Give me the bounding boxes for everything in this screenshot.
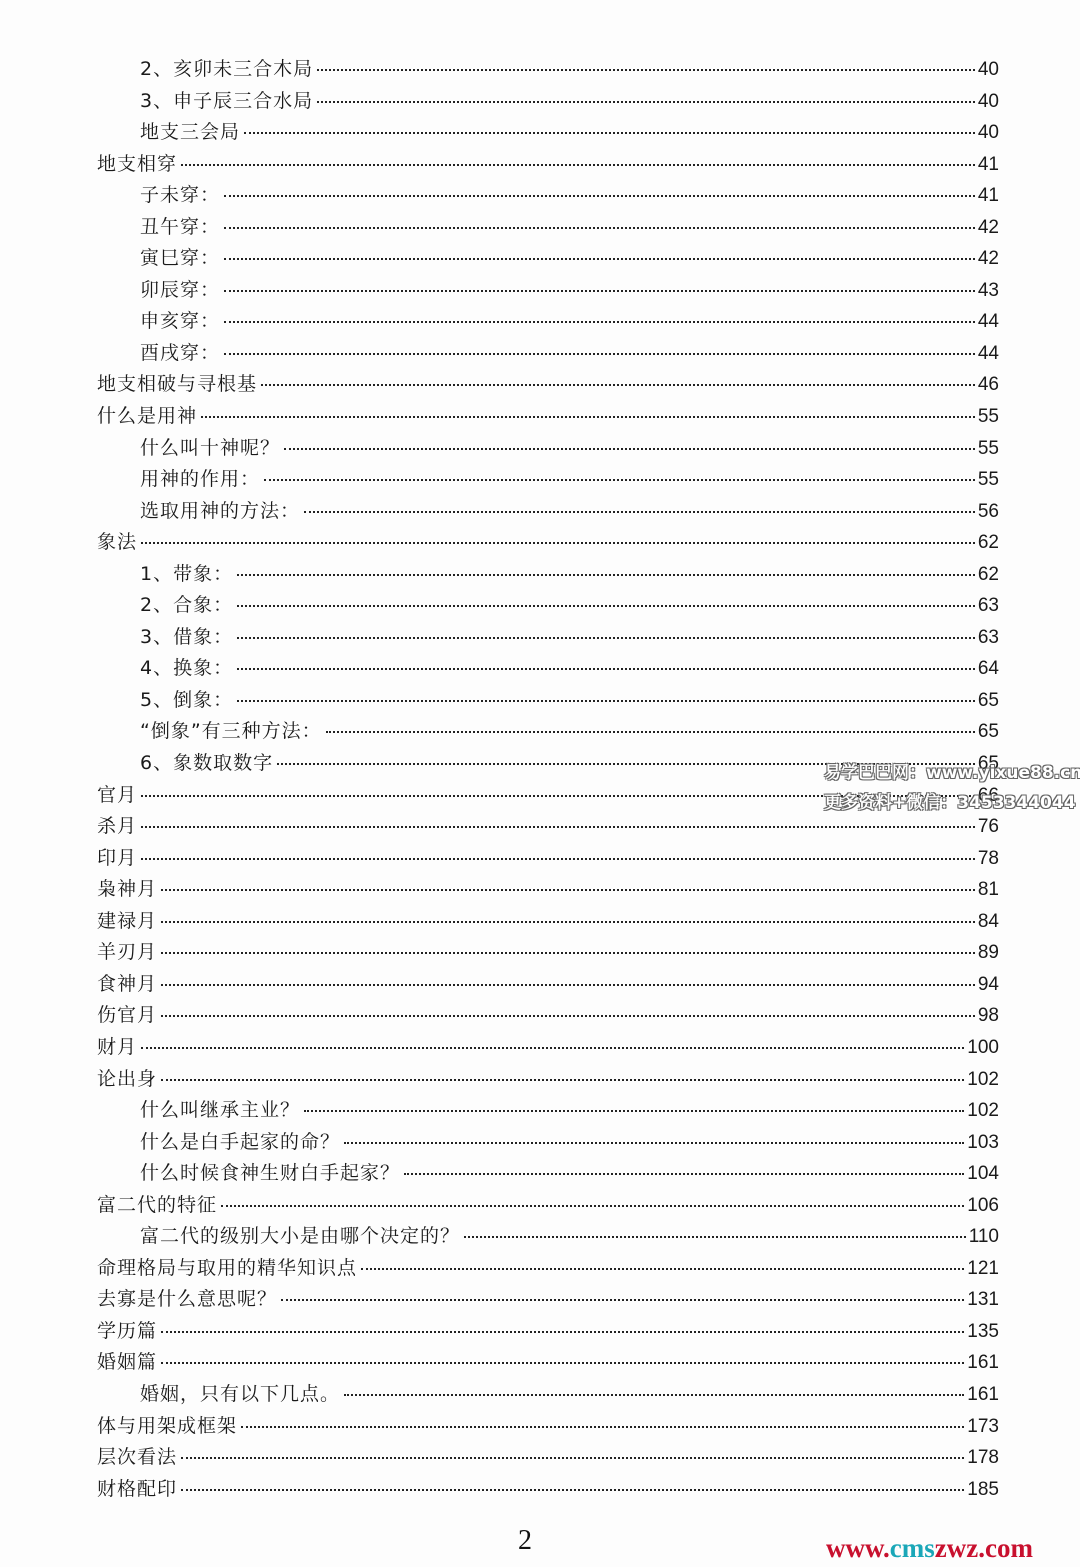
toc-entry-title: 体与用架成框架 <box>97 1411 237 1443</box>
toc-entry[interactable]: 什么是用神55 <box>97 401 999 433</box>
dot-leader <box>281 1298 964 1301</box>
toc-entry-title: 伤官月 <box>97 1000 157 1032</box>
toc-entry-page: 78 <box>978 843 999 875</box>
toc-entry-title: 子未穿： <box>140 180 220 212</box>
toc-entry[interactable]: 命理格局与取用的精华知识点121 <box>97 1253 999 1285</box>
dot-leader <box>181 1456 964 1459</box>
toc-entry-title: 什么叫继承主业？ <box>140 1095 300 1127</box>
toc-entry-page: 65 <box>978 685 999 717</box>
toc-entry[interactable]: “倒象”有三种方法：65 <box>97 716 999 748</box>
toc-entry-page: 43 <box>978 275 999 307</box>
toc-entry-title: 什么是用神 <box>97 401 197 433</box>
dot-leader <box>161 1078 964 1081</box>
toc-entry-title: 卯辰穿： <box>140 275 220 307</box>
toc-entry-page: 42 <box>978 243 999 275</box>
toc-entry-page: 102 <box>967 1064 999 1096</box>
toc-entry-page: 64 <box>978 653 999 685</box>
toc-entry-page: 63 <box>978 622 999 654</box>
toc-entry[interactable]: 3、借象：63 <box>97 622 999 654</box>
dot-leader <box>181 163 975 166</box>
toc-entry-title: 论出身 <box>97 1064 157 1096</box>
toc-entry-title: 1、带象： <box>140 559 233 591</box>
toc-entry-title: 5、倒象： <box>140 685 233 717</box>
toc-entry[interactable]: 4、换象：64 <box>97 653 999 685</box>
toc-entry-page: 41 <box>978 149 999 181</box>
toc-entry[interactable]: 什么叫十神呢？55 <box>97 433 999 465</box>
dot-leader <box>141 825 975 828</box>
toc-entry[interactable]: 选取用神的方法：56 <box>97 496 999 528</box>
toc-entry-title: 象法 <box>97 527 137 559</box>
toc-entry[interactable]: 5、倒象：65 <box>97 685 999 717</box>
dot-leader <box>161 951 975 954</box>
toc-entry-title: 财月 <box>97 1032 137 1064</box>
toc-entry-title: 富二代的特征 <box>97 1190 217 1222</box>
dot-leader <box>284 447 975 450</box>
toc-entry-page: 55 <box>978 401 999 433</box>
toc-entry[interactable]: 地支相破与寻根基46 <box>97 369 999 401</box>
dot-leader <box>141 541 975 544</box>
toc-entry-title: 3、申子辰三合水局 <box>140 86 313 118</box>
toc-entry-page: 46 <box>978 369 999 401</box>
toc-entry-page: 55 <box>978 464 999 496</box>
toc-entry[interactable]: 建禄月84 <box>97 906 999 938</box>
footer-watermark-prefix: www. <box>826 1533 890 1563</box>
toc-entry-title: 财格配印 <box>97 1474 177 1506</box>
toc-entry[interactable]: 食神月94 <box>97 969 999 1001</box>
toc-entry[interactable]: 2、合象：63 <box>97 590 999 622</box>
toc-entry-title: 地支相穿 <box>97 149 177 181</box>
toc-entry-page: 161 <box>967 1379 999 1411</box>
dot-leader <box>224 320 975 323</box>
dot-leader <box>344 1393 964 1396</box>
toc-entry-title: 6、象数取数字 <box>140 748 273 780</box>
toc-entry-title: 命理格局与取用的精华知识点 <box>97 1253 357 1285</box>
dot-leader <box>161 888 975 891</box>
toc-entry-page: 56 <box>978 496 999 528</box>
dot-leader <box>221 1204 964 1207</box>
toc-entry-page: 131 <box>967 1284 999 1316</box>
toc-entry-title: 富二代的级别大小是由哪个决定的？ <box>140 1221 460 1253</box>
dot-leader <box>317 68 975 71</box>
toc-entry-title: 去寡是什么意思呢？ <box>97 1284 277 1316</box>
toc-entry[interactable]: 什么是白手起家的命？103 <box>97 1127 999 1159</box>
dot-leader <box>344 1141 964 1144</box>
toc-entry-page: 89 <box>978 937 999 969</box>
dot-leader <box>237 667 975 670</box>
toc-entry[interactable]: 婚姻，只有以下几点。161 <box>97 1379 999 1411</box>
dot-leader <box>224 289 975 292</box>
toc-entry-page: 40 <box>978 54 999 86</box>
watermark-line-2: 更多资料+微信：3453344044 <box>824 788 1080 818</box>
toc-entry[interactable]: 去寡是什么意思呢？131 <box>97 1284 999 1316</box>
toc-entry-title: 4、换象： <box>140 653 233 685</box>
toc-entry-title: 酉戌穿： <box>140 338 220 370</box>
toc-entry[interactable]: 羊刃月89 <box>97 937 999 969</box>
toc-entry-page: 135 <box>967 1316 999 1348</box>
dot-leader <box>161 1361 964 1364</box>
dot-leader <box>261 383 975 386</box>
toc-entry-title: 地支三会局 <box>140 117 240 149</box>
toc-entry[interactable]: 子未穿：41 <box>97 180 999 212</box>
toc-entry-title: 杀月 <box>97 811 137 843</box>
dot-leader <box>361 1267 964 1270</box>
toc-entry-page: 103 <box>967 1127 999 1159</box>
toc-entry-title: 地支相破与寻根基 <box>97 369 257 401</box>
toc-entry-page: 161 <box>967 1347 999 1379</box>
toc-entry-title: 什么时候食神生财白手起家？ <box>140 1158 400 1190</box>
watermark-line-1: 易学巴巴网：www.yixue88.cn <box>824 758 1080 788</box>
page-number: 2 <box>518 1525 532 1557</box>
toc-entry-title: 食神月 <box>97 969 157 1001</box>
toc-entry-title: 羊刃月 <box>97 937 157 969</box>
toc-entry-page: 110 <box>969 1221 999 1253</box>
toc-entry-title: 2、亥卯未三合木局 <box>140 54 313 86</box>
toc-entry[interactable]: 象法62 <box>97 527 999 559</box>
dot-leader <box>161 1014 975 1017</box>
toc-entry[interactable]: 婚姻篇161 <box>97 1347 999 1379</box>
dot-leader <box>326 730 975 733</box>
toc-entry-page: 55 <box>978 433 999 465</box>
toc-entry-title: 建禄月 <box>97 906 157 938</box>
toc-entry-page: 44 <box>978 306 999 338</box>
toc-entry-page: 102 <box>967 1095 999 1127</box>
toc-entry-title: 选取用神的方法： <box>140 496 300 528</box>
dot-leader <box>237 699 975 702</box>
dot-leader <box>464 1235 966 1238</box>
dot-leader <box>304 1109 964 1112</box>
toc-entry-page: 178 <box>967 1442 999 1474</box>
toc-entry[interactable]: 财格配印185 <box>97 1474 999 1506</box>
toc-entry-title: 申亥穿： <box>140 306 220 338</box>
toc-entry-page: 173 <box>967 1411 999 1443</box>
dot-leader <box>244 131 975 134</box>
dot-leader <box>264 478 975 481</box>
toc-entry[interactable]: 地支相穿41 <box>97 149 999 181</box>
toc-entry[interactable]: 富二代的级别大小是由哪个决定的？110 <box>97 1221 999 1253</box>
toc-entry[interactable]: 2、亥卯未三合木局40 <box>97 54 999 86</box>
toc-entry-page: 62 <box>978 527 999 559</box>
toc-entry-page: 63 <box>978 590 999 622</box>
toc-entry-page: 94 <box>978 969 999 1001</box>
toc-entry-page: 98 <box>978 1000 999 1032</box>
dot-leader <box>317 100 975 103</box>
toc-entry-title: 婚姻，只有以下几点。 <box>140 1379 340 1411</box>
toc-entry-page: 185 <box>967 1474 999 1506</box>
dot-leader <box>224 352 975 355</box>
toc-entry-page: 65 <box>978 716 999 748</box>
toc-entry-page: 84 <box>978 906 999 938</box>
toc-entry[interactable]: 论出身102 <box>97 1064 999 1096</box>
toc-entry-page: 40 <box>978 117 999 149</box>
dot-leader <box>404 1172 964 1175</box>
toc-entry-title: 枭神月 <box>97 874 157 906</box>
toc-entry-title: 2、合象： <box>140 590 233 622</box>
toc-entry[interactable]: 伤官月98 <box>97 1000 999 1032</box>
toc-entry-title: “倒象”有三种方法： <box>140 716 322 748</box>
toc-entry-title: 学历篇 <box>97 1316 157 1348</box>
toc-entry-page: 100 <box>967 1032 999 1064</box>
toc-entry[interactable]: 用神的作用：55 <box>97 464 999 496</box>
toc-entry[interactable]: 学历篇135 <box>97 1316 999 1348</box>
toc-entry-title: 官月 <box>97 780 137 812</box>
dot-leader <box>141 857 975 860</box>
toc-entry[interactable]: 3、申子辰三合水局40 <box>97 86 999 118</box>
toc-entry-page: 41 <box>978 180 999 212</box>
toc-entry-title: 什么叫十神呢？ <box>140 433 280 465</box>
toc-entry-page: 44 <box>978 338 999 370</box>
site-watermark: 易学巴巴网：www.yixue88.cn 更多资料+微信：3453344044 <box>824 758 1080 818</box>
dot-leader <box>237 573 975 576</box>
dot-leader <box>224 226 975 229</box>
toc-entry[interactable]: 体与用架成框架173 <box>97 1411 999 1443</box>
toc-entry-page: 106 <box>967 1190 999 1222</box>
toc-entry[interactable]: 申亥穿：44 <box>97 306 999 338</box>
footer-watermark-suffix: zwz.com <box>935 1533 1033 1563</box>
toc-entry-page: 121 <box>967 1253 999 1285</box>
toc-entry-title: 婚姻篇 <box>97 1347 157 1379</box>
toc-entry-page: 62 <box>978 559 999 591</box>
toc-entry[interactable]: 地支三会局40 <box>97 117 999 149</box>
toc-entry[interactable]: 印月78 <box>97 843 999 875</box>
toc-entry[interactable]: 财月100 <box>97 1032 999 1064</box>
footer-watermark-middle: cms <box>890 1533 935 1563</box>
toc-entry[interactable]: 什么叫继承主业？102 <box>97 1095 999 1127</box>
dot-leader <box>161 983 975 986</box>
toc-entry-title: 印月 <box>97 843 137 875</box>
dot-leader <box>181 1488 964 1491</box>
toc-entry[interactable]: 寅巳穿：42 <box>97 243 999 275</box>
toc-entry-title: 用神的作用： <box>140 464 260 496</box>
toc-entry-page: 81 <box>978 874 999 906</box>
toc-entry-page: 42 <box>978 212 999 244</box>
dot-leader <box>224 194 975 197</box>
dot-leader <box>141 1046 964 1049</box>
dot-leader <box>161 920 975 923</box>
toc-entry[interactable]: 层次看法178 <box>97 1442 999 1474</box>
toc-entry-title: 层次看法 <box>97 1442 177 1474</box>
toc-entry-title: 什么是白手起家的命？ <box>140 1127 340 1159</box>
footer-watermark: www.cmszwz.com <box>826 1533 1033 1564</box>
dot-leader <box>161 1330 964 1333</box>
dot-leader <box>201 415 975 418</box>
toc-entry[interactable]: 卯辰穿：43 <box>97 275 999 307</box>
toc-entry-title: 寅巳穿： <box>140 243 220 275</box>
dot-leader <box>237 604 975 607</box>
toc-entry[interactable]: 酉戌穿：44 <box>97 338 999 370</box>
toc-entry-title: 丑午穿： <box>140 212 220 244</box>
dot-leader <box>304 510 975 513</box>
toc-entry-page: 104 <box>967 1158 999 1190</box>
toc-entry[interactable]: 1、带象：62 <box>97 559 999 591</box>
toc-entry-title: 3、借象： <box>140 622 233 654</box>
dot-leader <box>237 636 975 639</box>
toc-entry[interactable]: 富二代的特征106 <box>97 1190 999 1222</box>
dot-leader <box>241 1425 964 1428</box>
dot-leader <box>224 257 975 260</box>
toc-entry-page: 40 <box>978 86 999 118</box>
toc-entry[interactable]: 丑午穿：42 <box>97 212 999 244</box>
toc-entry[interactable]: 枭神月81 <box>97 874 999 906</box>
toc-entry[interactable]: 什么时候食神生财白手起家？104 <box>97 1158 999 1190</box>
